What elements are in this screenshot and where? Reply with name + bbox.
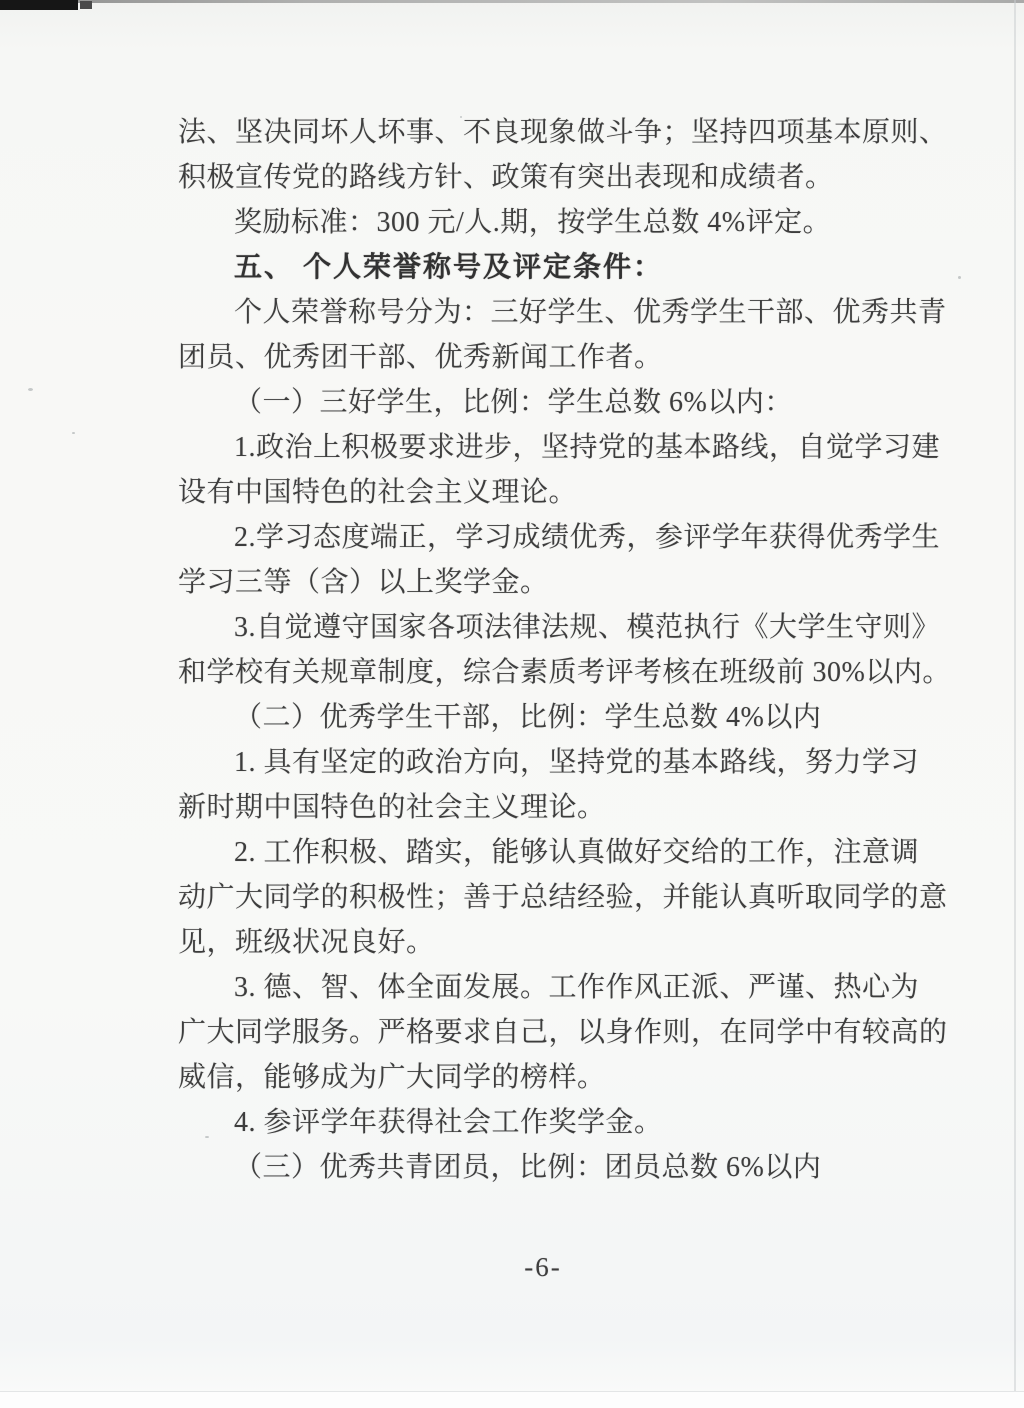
- text-line: 威信，能够成为广大同学的榜样。: [178, 1055, 924, 1100]
- scan-top-edge-line: [0, 0, 1024, 3]
- paragraph: （三）优秀共青团员，比例：团员总数 6%以内: [178, 1145, 924, 1190]
- text-line: （三）优秀共青团员，比例：团员总数 6%以内: [178, 1145, 924, 1190]
- paragraph: （二）优秀学生干部，比例：学生总数 4%以内: [178, 695, 924, 740]
- scan-bottom-strip: [0, 1391, 1024, 1408]
- paragraph: 法、坚决同坏人坏事、不良现象做斗争；坚持四项基本原则、积极宣传党的路线方针、政策…: [178, 110, 924, 200]
- paragraph: 2.学习态度端正，学习成绩优秀，参评学年获得优秀学生学习三等（含）以上奖学金。: [178, 515, 924, 605]
- scan-corner-artifact: [0, 0, 78, 10]
- scanned-document-page: 法、坚决同坏人坏事、不良现象做斗争；坚持四项基本原则、积极宣传党的路线方针、政策…: [0, 0, 1024, 1408]
- text-line: 见，班级状况良好。: [178, 920, 924, 965]
- text-line: （二）优秀学生干部，比例：学生总数 4%以内: [178, 695, 924, 740]
- text-line: 广大同学服务。严格要求自己，以身作则，在同学中有较高的: [178, 1010, 924, 1055]
- paragraph: 1.政治上积极要求进步，坚持党的基本路线，自觉学习建设有中国特色的社会主义理论。: [178, 425, 924, 515]
- text-line: 2. 工作积极、踏实，能够认真做好交给的工作，注意调: [178, 830, 924, 875]
- paragraph: 个人荣誉称号分为：三好学生、优秀学生干部、优秀共青团员、优秀团干部、优秀新闻工作…: [178, 290, 924, 380]
- document-body: 法、坚决同坏人坏事、不良现象做斗争；坚持四项基本原则、积极宣传党的路线方针、政策…: [178, 110, 924, 1190]
- text-line: 个人荣誉称号分为：三好学生、优秀学生干部、优秀共青: [178, 290, 924, 335]
- scan-right-edge-line: [1014, 0, 1016, 1408]
- text-line: 新时期中国特色的社会主义理论。: [178, 785, 924, 830]
- scan-speck: [28, 388, 33, 391]
- scan-speck: [72, 432, 75, 434]
- scan-corner-artifact-small: [80, 1, 92, 9]
- text-line: 3. 德、智、体全面发展。工作作风正派、严谨、热心为: [178, 965, 924, 1010]
- text-line: 1.政治上积极要求进步，坚持党的基本路线，自觉学习建: [178, 425, 924, 470]
- text-line: 4. 参评学年获得社会工作奖学金。: [178, 1100, 924, 1145]
- text-line: 奖励标准：300 元/人.期，按学生总数 4%评定。: [178, 200, 924, 245]
- text-line: 法、坚决同坏人坏事、不良现象做斗争；坚持四项基本原则、: [178, 110, 924, 155]
- paragraph: 3.自觉遵守国家各项法律法规、模范执行《大学生守则》和学校有关规章制度，综合素质…: [178, 605, 924, 695]
- text-line: 积极宣传党的路线方针、政策有突出表现和成绩者。: [178, 155, 924, 200]
- paragraph: 4. 参评学年获得社会工作奖学金。: [178, 1100, 924, 1145]
- paragraph: 1. 具有坚定的政治方向，坚持党的基本路线，努力学习新时期中国特色的社会主义理论…: [178, 740, 924, 830]
- text-line: 学习三等（含）以上奖学金。: [178, 560, 924, 605]
- scan-speck: [958, 276, 961, 279]
- paragraph: 3. 德、智、体全面发展。工作作风正派、严谨、热心为广大同学服务。严格要求自己，…: [178, 965, 924, 1100]
- paragraph: 五、 个人荣誉称号及评定条件：: [178, 245, 924, 290]
- paragraph: （一）三好学生，比例：学生总数 6%以内：: [178, 380, 924, 425]
- text-line: 五、 个人荣誉称号及评定条件：: [178, 245, 924, 290]
- page-number: -6-: [524, 1252, 561, 1283]
- text-line: 设有中国特色的社会主义理论。: [178, 470, 924, 515]
- text-line: （一）三好学生，比例：学生总数 6%以内：: [178, 380, 924, 425]
- paragraph: 2. 工作积极、踏实，能够认真做好交给的工作，注意调动广大同学的积极性；善于总结…: [178, 830, 924, 965]
- text-line: 3.自觉遵守国家各项法律法规、模范执行《大学生守则》: [178, 605, 924, 650]
- paragraph: 奖励标准：300 元/人.期，按学生总数 4%评定。: [178, 200, 924, 245]
- text-line: 1. 具有坚定的政治方向，坚持党的基本路线，努力学习: [178, 740, 924, 785]
- text-line: 2.学习态度端正，学习成绩优秀，参评学年获得优秀学生: [178, 515, 924, 560]
- text-line: 动广大同学的积极性；善于总结经验，并能认真听取同学的意: [178, 875, 924, 920]
- text-line: 和学校有关规章制度，综合素质考评考核在班级前 30%以内。: [178, 650, 924, 695]
- text-line: 团员、优秀团干部、优秀新闻工作者。: [178, 335, 924, 380]
